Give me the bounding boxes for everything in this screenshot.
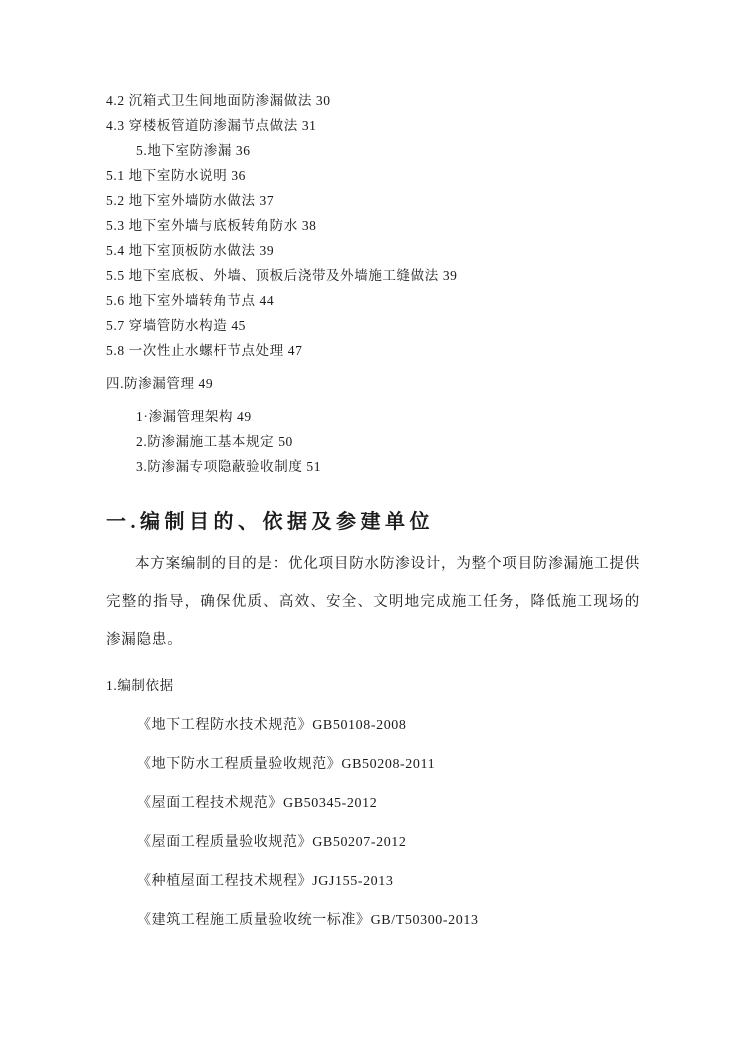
toc-entry: 5.4 地下室顶板防水做法 39 — [106, 238, 640, 263]
toc-entry: 4.3 穿楼板管道防渗漏节点做法 31 — [106, 113, 640, 138]
toc-entry: 四.防渗漏管理 49 — [106, 371, 640, 396]
section-paragraph: 本方案编制的目的是：优化项目防水防渗设计，为整个项目防渗漏施工提供完整的指导，确… — [106, 545, 640, 659]
standards-list: 《地下工程防水技术规范》GB50108-2008 《地下防水工程质量验收规范》G… — [106, 706, 640, 940]
toc-entry: 5.6 地下室外墙转角节点 44 — [106, 288, 640, 313]
toc-entry: 5.1 地下室防水说明 36 — [106, 163, 640, 188]
standard-reference: 《建筑工程施工质量验收统一标准》GB/T50300-2013 — [137, 901, 640, 940]
standard-reference: 《屋面工程质量验收规范》GB50207-2012 — [137, 823, 640, 862]
toc-entry: 1·渗漏管理架构 49 — [106, 404, 640, 429]
toc-entry: 5.3 地下室外墙与底板转角防水 38 — [106, 213, 640, 238]
toc-entry: 2.防渗漏施工基本规定 50 — [106, 429, 640, 454]
toc-entry: 5.5 地下室底板、外墙、顶板后浇带及外墙施工缝做法 39 — [106, 263, 640, 288]
document-page: 4.2 沉箱式卫生间地面防渗漏做法 30 4.3 穿楼板管道防渗漏节点做法 31… — [0, 0, 744, 1052]
subsection-heading: 1.编制依据 — [106, 673, 640, 698]
toc-entry: 4.2 沉箱式卫生间地面防渗漏做法 30 — [106, 88, 640, 113]
standard-reference: 《屋面工程技术规范》GB50345-2012 — [137, 784, 640, 823]
table-of-contents: 4.2 沉箱式卫生间地面防渗漏做法 30 4.3 穿楼板管道防渗漏节点做法 31… — [106, 88, 640, 479]
section-heading: 一.编制目的、依据及参建单位 — [106, 509, 640, 535]
toc-entry: 5.8 一次性止水螺杆节点处理 47 — [106, 338, 640, 363]
standard-reference: 《地下防水工程质量验收规范》GB50208-2011 — [137, 745, 640, 784]
toc-entry: 5.2 地下室外墙防水做法 37 — [106, 188, 640, 213]
toc-entry: 5.地下室防渗漏 36 — [106, 138, 640, 163]
toc-entry: 3.防渗漏专项隐蔽验收制度 51 — [106, 454, 640, 479]
standard-reference: 《地下工程防水技术规范》GB50108-2008 — [137, 706, 640, 745]
standard-reference: 《种植屋面工程技术规程》JGJ155-2013 — [137, 862, 640, 901]
toc-entry: 5.7 穿墙管防水构造 45 — [106, 313, 640, 338]
